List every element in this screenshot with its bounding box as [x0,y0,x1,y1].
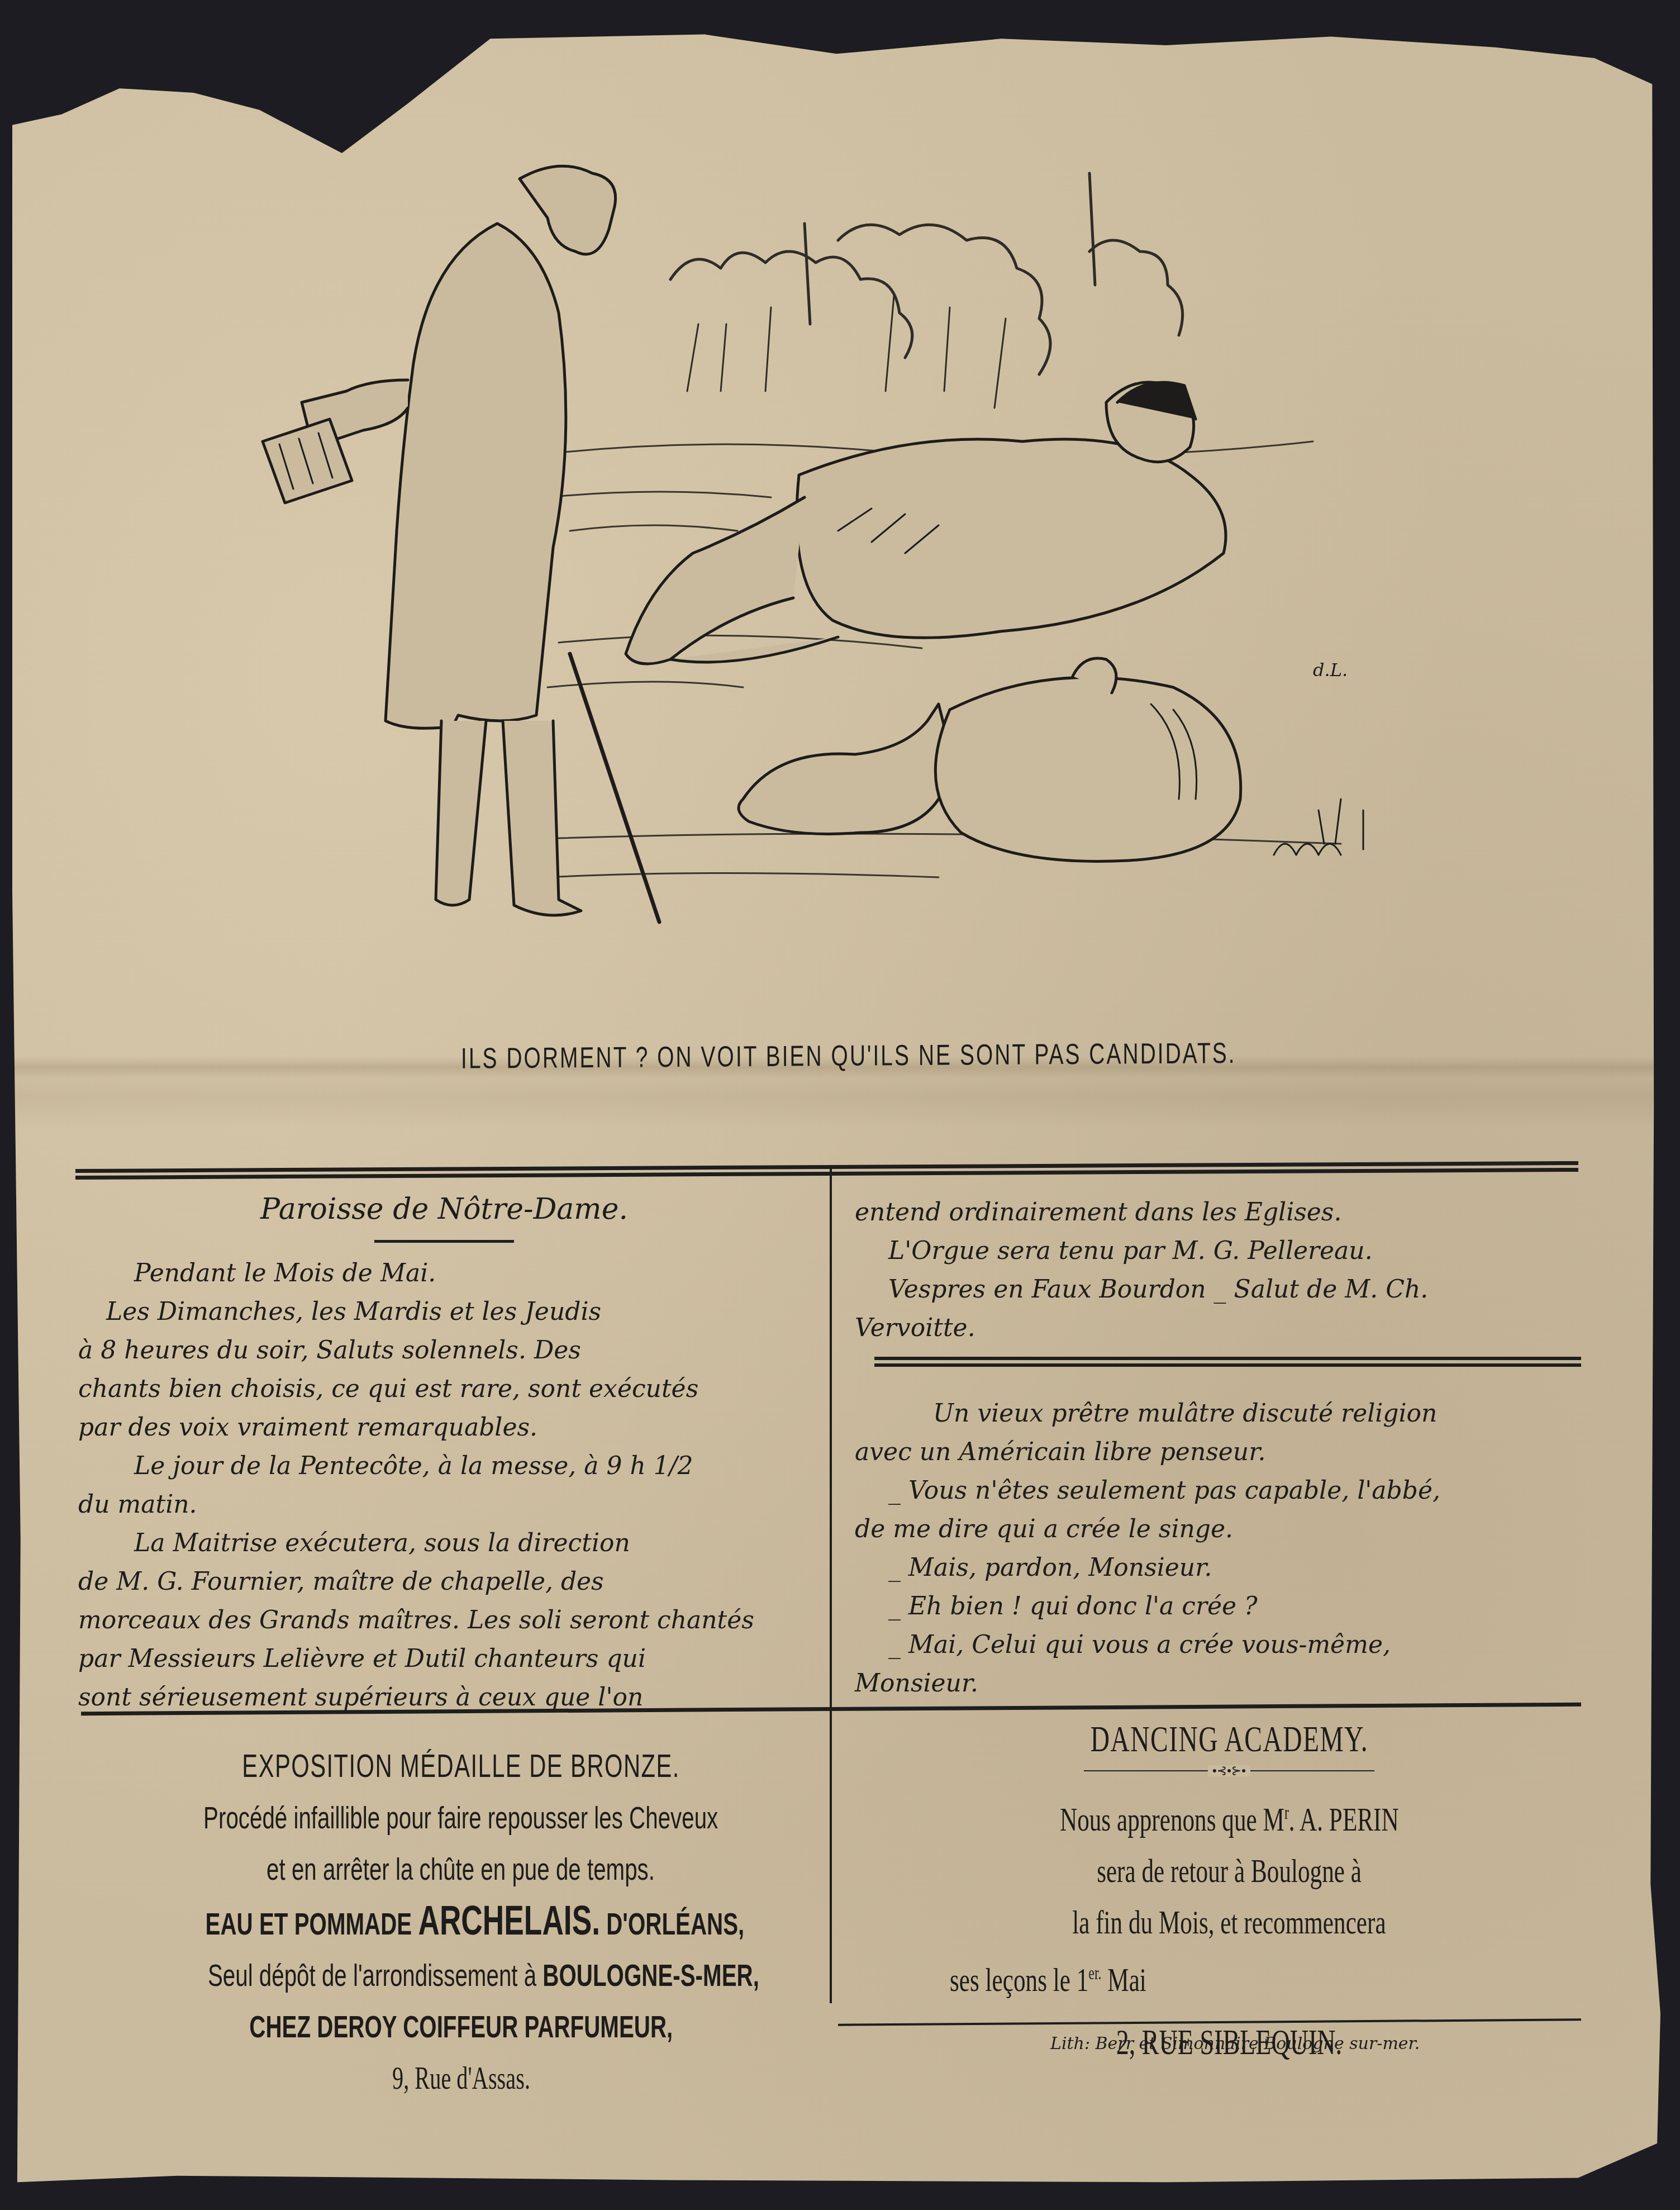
ad-line: Nous apprenons que M [1060,1801,1284,1838]
superscript: er. [1088,1964,1101,1984]
ad-line: EAU ET POMMADE [206,1906,418,1941]
ad-dancing-academy: DANCING ACADEMY. •⊰•⊱• Nous apprenons qu… [872,1713,1587,2068]
ad-line: et en arrêter la chûte en pue de temps. [267,1843,655,1895]
gentleman-figure [263,166,659,922]
illustration-sleeping-men: d.L. [168,140,1441,989]
title-underline [374,1240,514,1243]
paroisse-line: du matin. [78,1485,810,1524]
artist-signature: d.L. [1313,659,1348,681]
paroisse-line: entend ordinairement dans les Eglises. [855,1193,1581,1232]
paroisse-line: par Messieurs Lelièvre et Dutil chanteur… [78,1639,810,1678]
paroisse-line: à 8 heures du soir, Saluts solennels. De… [78,1331,810,1370]
paroisse-line: Vervoitte. [855,1309,1581,1347]
superscript: r [1284,1803,1289,1823]
anecdote-line: Monsieur. [855,1664,1581,1703]
ad-line: Procédé infaillible pour faire repousser… [203,1792,718,1843]
sack-figure [935,658,1240,861]
paroisse-line: La Maitrise exécutera, sous la direction [78,1524,810,1562]
paroisse-line: Les Dimanches, les Mardis et les Jeudis [78,1292,810,1331]
paroisse-line: par des voix vraiment remarquables. [78,1408,810,1447]
paroisse-line: morceaux des Grands maîtres. Les soli se… [78,1601,810,1639]
ad-line: . A. PERIN [1289,1801,1399,1838]
ad-headline: DANCING ACADEMY. [1090,1714,1368,1765]
brand-name: ARCHELAIS. [418,1897,600,1943]
ad-line: ses leçons le 1 [950,1961,1088,1998]
ad-line: sera de retour à Boulogne à [1097,1845,1362,1897]
double-rule-right-top [874,1357,1581,1360]
ad-address: 9, Rue d'Assas. [392,2053,530,2104]
printer-imprint: Lith: Berr et Simonnaire Boulogne sur-me… [1050,2034,1420,2054]
ad-line: D'ORLÉANS, [600,1906,744,1941]
ad-line: la fin du Mois, et recommencera [1072,1897,1386,1948]
paroisse-line: Pendant le Mois de Mai. [78,1254,810,1292]
paroisse-line: de M. G. Fournier, maître de chapelle, d… [78,1562,810,1601]
column-divider [830,1165,832,2003]
anecdote: Un vieux prêtre mulâtre discuté religion… [855,1394,1581,1703]
anecdote-line: Un vieux prêtre mulâtre discuté religion [855,1394,1581,1433]
paroisse-notice: Paroisse de Nôtre-Dame. Pendant le Mois … [78,1190,810,1717]
trees-icon [670,173,1183,408]
paroisse-line: Vespres en Faux Bourdon _ Salut de M. Ch… [855,1270,1581,1309]
anecdote-line: _ Mai, Celui qui vous a crée vous-même, [855,1626,1581,1664]
paroisse-line: Le jour de la Pentecôte, à la messe, à 9… [78,1447,810,1485]
anecdote-line: avec un Américain libre penseur. [855,1433,1581,1471]
anecdote-line: _ Vous n'êtes seulement pas capable, l'a… [855,1471,1581,1510]
ad-archelais: EXPOSITION MÉDAILLE DE BRONZE. Procédé i… [101,1741,821,2104]
paroisse-line: L'Orgue sera tenu par M. G. Pellereau. [855,1232,1581,1270]
anecdote-line: _ Mais, pardon, Monsieur. [855,1548,1581,1587]
anecdote-line: _ Eh bien ! qui donc l'a crée ? [855,1587,1581,1626]
double-rule-right-bottom [874,1363,1581,1367]
illustration-caption: ILS DORMENT ? ON VOIT BIEN QU'ILS NE SON… [461,1037,1215,1075]
ad-line: Seul dépôt de l'arrondissement à [208,1957,542,1993]
ad-line: Mai [1101,1961,1146,1998]
dog-figure [739,704,951,834]
sleeping-man-figure [626,382,1226,664]
paroisse-title: Paroisse de Nôtre-Dame. [78,1190,810,1229]
ornament-divider: •⊰•⊱• [1084,1765,1374,1776]
paroisse-continued: entend ordinairement dans les Eglises. L… [855,1193,1581,1347]
anecdote-line: de me dire qui a crée le singe. [855,1510,1581,1548]
foliage-icon [1274,799,1363,855]
ad-line: CHEZ DEROY COIFFEUR PARFUMEUR, [249,2001,673,2052]
ad-headline: EXPOSITION MÉDAILLE DE BRONZE. [242,1741,679,1792]
ornament-icon: •⊰•⊱• [1208,1765,1250,1776]
paroisse-line: chants bien choisis, ce qui est rare, so… [78,1370,810,1408]
city-name: BOULOGNE-S-MER, [542,1957,759,1993]
